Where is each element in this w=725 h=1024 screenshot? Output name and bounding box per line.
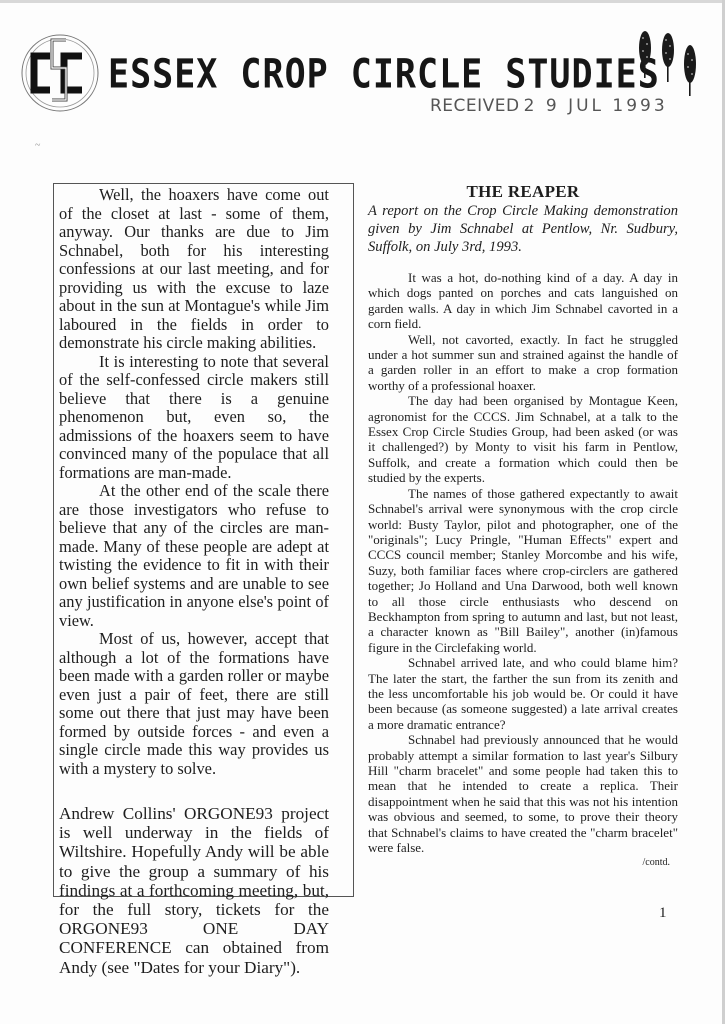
article-title: THE REAPER [368,182,678,202]
received-stamp: RECEIVED2 9 JUL 1993 [430,96,668,116]
page-edge [0,0,725,3]
editorial-paragraph: Well, the hoaxers have come out of the c… [59,186,329,353]
orgone-notice: Andrew Collins' ORGONE93 project is well… [59,804,329,977]
masthead-title: ESSEX CROP CIRCLE STUDIES [108,52,628,98]
article-subtitle: A report on the Crop Circle Making demon… [368,202,678,256]
editorial-text: Well, the hoaxers have come out of the c… [29,184,329,977]
continued-note: /contd. [368,857,670,868]
editorial-paragraph: At the other end of the scale there are … [59,482,329,630]
article-body: It was a hot, do-nothing kind of a day. … [368,270,678,855]
stamp-label: RECEIVED [430,96,520,116]
ccs-logo-icon [20,28,110,118]
article-paragraph: The day had been organised by Montague K… [368,393,678,485]
article: THE REAPER A report on the Crop Circle M… [368,182,678,868]
article-paragraph: Well, not cavorted, exactly. In fact he … [368,332,678,394]
editorial-paragraph: It is interesting to note that several o… [59,353,329,483]
article-paragraph: It was a hot, do-nothing kind of a day. … [368,270,678,332]
stamp-date: 2 9 JUL 1993 [524,96,668,116]
article-paragraph: Schnabel arrived late, and who could bla… [368,655,678,732]
article-paragraph: Schnabel had previously announced that h… [368,732,678,855]
editorial-paragraph: Most of us, however, accept that althoug… [59,630,329,778]
page-number: 1 [659,905,667,922]
scan-mark: ~ [35,140,40,151]
article-paragraph: The names of those gathered expectantly … [368,486,678,655]
